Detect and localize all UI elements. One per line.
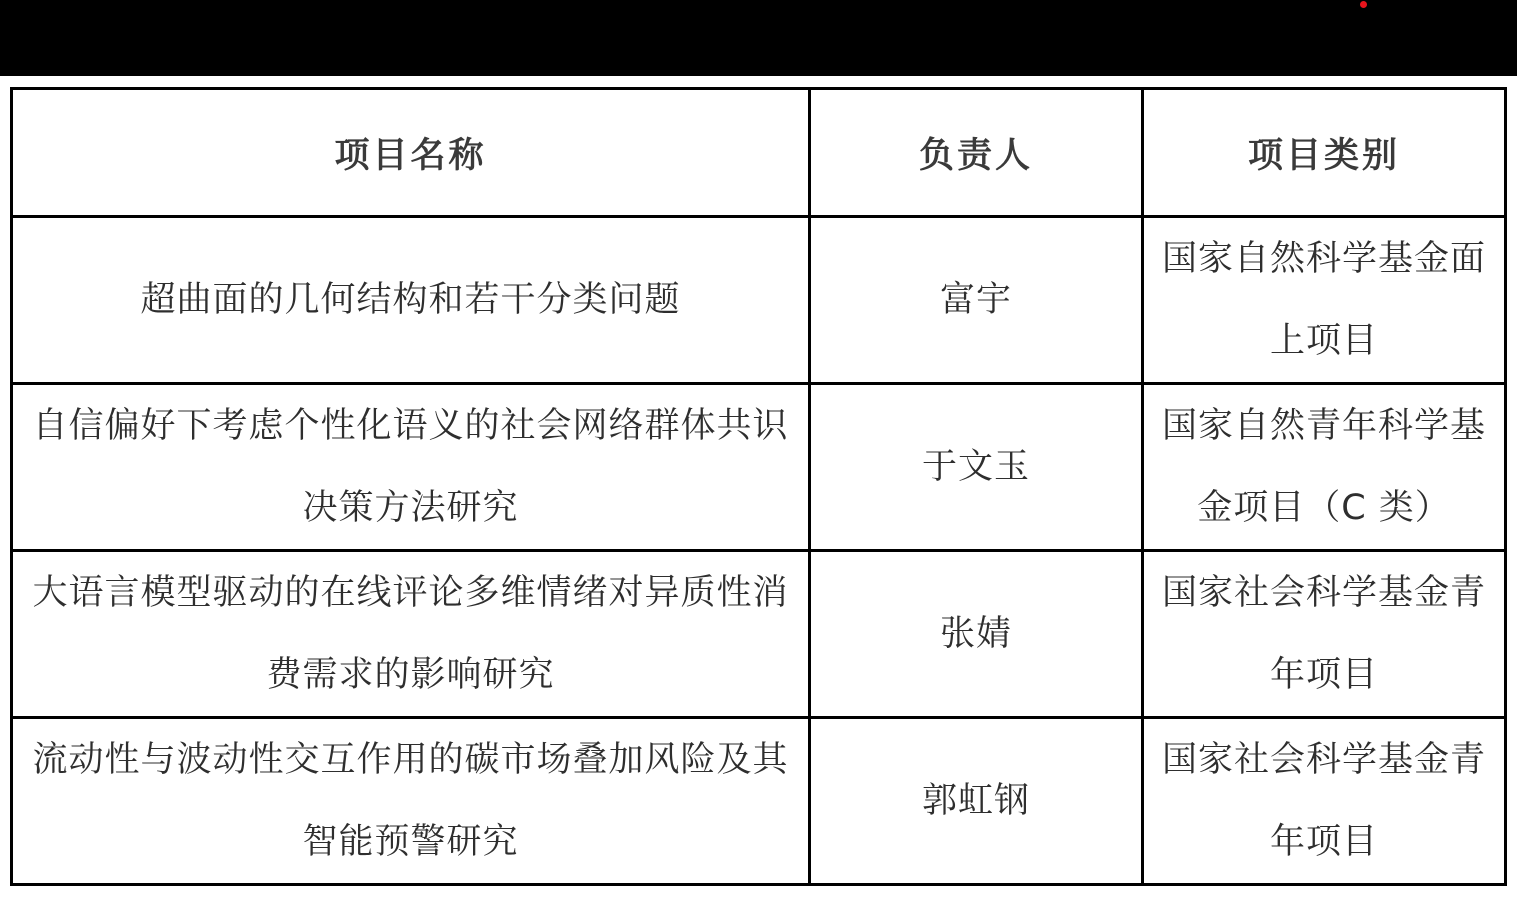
project-table: 项目名称 负责人 项目类别 超曲面的几何结构和若干分类问题 富宇 国家自然科学基… — [10, 87, 1507, 886]
project-category: 国家社会科学基金青年项目 — [1158, 719, 1490, 883]
header-project-name: 项目名称 — [12, 89, 810, 217]
project-name-cell: 大语言模型驱动的在线评论多维情绪对异质性消费需求的影响研究 — [12, 551, 810, 718]
header-project-category: 项目类别 — [1143, 89, 1506, 217]
table-header-row: 项目名称 负责人 项目类别 — [12, 89, 1506, 217]
recording-indicator-icon — [1360, 1, 1367, 8]
table-row: 流动性与波动性交互作用的碳市场叠加风险及其智能预警研究 郭虹钢 国家社会科学基金… — [12, 718, 1506, 885]
leader-cell: 富宇 — [810, 217, 1143, 384]
table-row: 超曲面的几何结构和若干分类问题 富宇 国家自然科学基金面上项目 — [12, 217, 1506, 384]
category-cell: 国家自然青年科学基金项目（C 类） — [1143, 384, 1506, 551]
project-name-cell: 超曲面的几何结构和若干分类问题 — [12, 217, 810, 384]
leader-name: 郭虹钢 — [922, 760, 1030, 842]
top-bar — [0, 0, 1517, 76]
leader-cell: 郭虹钢 — [810, 718, 1143, 885]
header-leader: 负责人 — [810, 89, 1143, 217]
project-table-container: 项目名称 负责人 项目类别 超曲面的几何结构和若干分类问题 富宇 国家自然科学基… — [10, 87, 1507, 886]
category-cell: 国家自然科学基金面上项目 — [1143, 217, 1506, 384]
category-cell: 国家社会科学基金青年项目 — [1143, 718, 1506, 885]
project-category: 国家自然科学基金面上项目 — [1158, 218, 1490, 382]
table-row: 大语言模型驱动的在线评论多维情绪对异质性消费需求的影响研究 张婧 国家社会科学基… — [12, 551, 1506, 718]
project-name: 自信偏好下考虑个性化语义的社会网络群体共识决策方法研究 — [27, 385, 794, 549]
project-name: 大语言模型驱动的在线评论多维情绪对异质性消费需求的影响研究 — [27, 552, 794, 716]
table-row: 自信偏好下考虑个性化语义的社会网络群体共识决策方法研究 于文玉 国家自然青年科学… — [12, 384, 1506, 551]
project-category: 国家自然青年科学基金项目（C 类） — [1158, 385, 1490, 549]
category-cell: 国家社会科学基金青年项目 — [1143, 551, 1506, 718]
leader-name: 富宇 — [940, 259, 1012, 341]
project-name: 超曲面的几何结构和若干分类问题 — [140, 259, 680, 341]
project-category: 国家社会科学基金青年项目 — [1158, 552, 1490, 716]
leader-name: 张婧 — [940, 593, 1012, 675]
leader-cell: 于文玉 — [810, 384, 1143, 551]
project-name-cell: 自信偏好下考虑个性化语义的社会网络群体共识决策方法研究 — [12, 384, 810, 551]
leader-name: 于文玉 — [922, 426, 1030, 508]
project-name-cell: 流动性与波动性交互作用的碳市场叠加风险及其智能预警研究 — [12, 718, 810, 885]
project-name: 流动性与波动性交互作用的碳市场叠加风险及其智能预警研究 — [27, 719, 794, 883]
leader-cell: 张婧 — [810, 551, 1143, 718]
